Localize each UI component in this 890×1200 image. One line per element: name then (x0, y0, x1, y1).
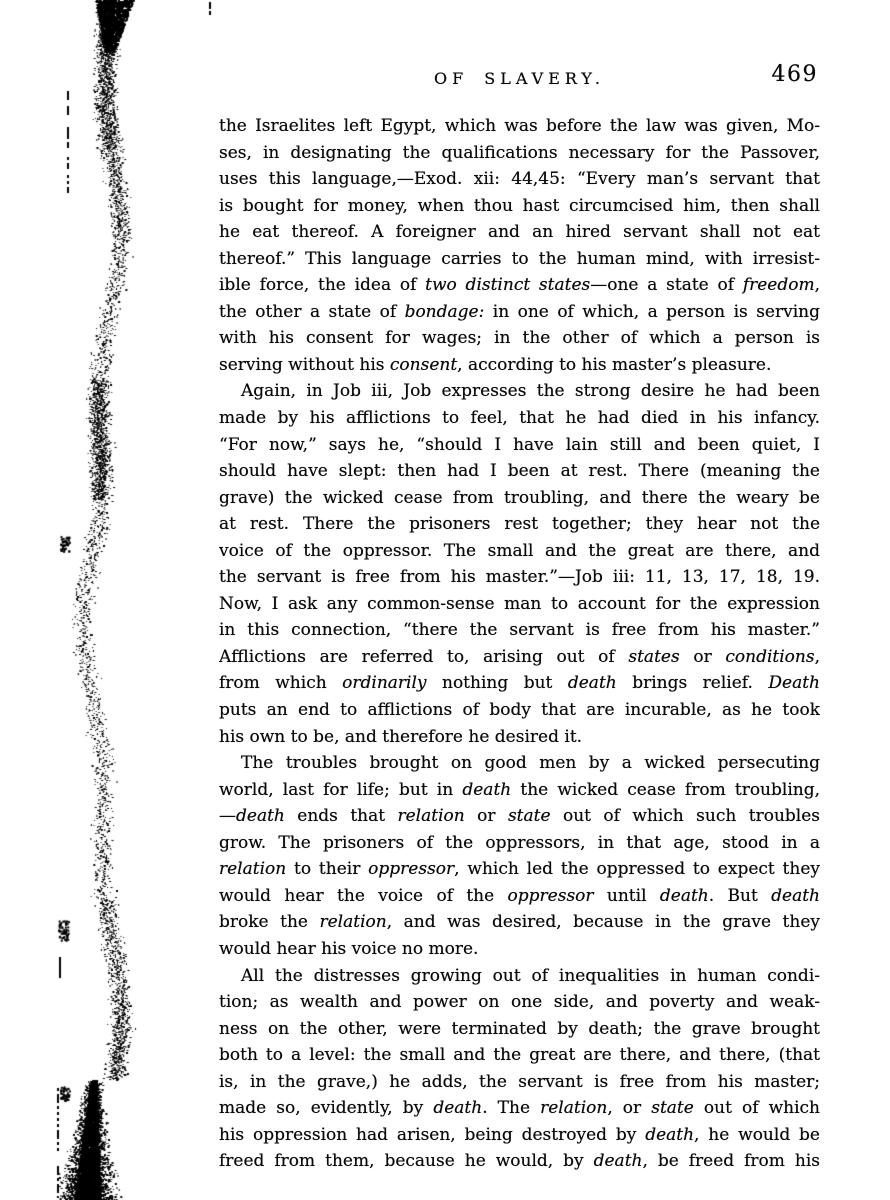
text-line: the other a state of bondage: in one of … (219, 299, 820, 326)
text-line: puts an end to afflictions of body that … (219, 697, 820, 724)
page-number: 469 (772, 62, 819, 87)
text-line: at rest. There the prisoners rest togeth… (219, 511, 820, 538)
text-line: Now, I ask any common-sense man to accou… (219, 591, 820, 618)
text-line: his oppression had arisen, being destroy… (219, 1122, 820, 1149)
text-line: his own to be, and therefore he desired … (219, 724, 820, 751)
text-line: ses, in designating the qualifications n… (219, 140, 820, 167)
text-line: thereof.” This language carries to the h… (219, 246, 820, 273)
text-line: the Israelites left Egypt, which was bef… (219, 113, 820, 140)
text-line: is bought for money, when thou hast circ… (219, 193, 820, 220)
page-content: OF SLAVERY. 469 the Israelites left Egyp… (219, 60, 820, 1175)
text-line: world, last for life; but in death the w… (219, 777, 820, 804)
page-header: OF SLAVERY. 469 (219, 60, 820, 113)
text-line: tion; as wealth and power on one side, a… (219, 989, 820, 1016)
text-line: ness on the other, were terminated by de… (219, 1016, 820, 1043)
text-line: Again, in Job iii, Job expresses the str… (219, 378, 820, 405)
text-line: would hear the voice of the oppressor un… (219, 883, 820, 910)
text-line: made so, evidently, by death. The relati… (219, 1095, 820, 1122)
text-line: relation to their oppressor, which led t… (219, 856, 820, 883)
text-line: is, in the grave,) he adds, the servant … (219, 1069, 820, 1096)
text-line: All the distresses growing out of inequa… (219, 963, 820, 990)
text-line: grave) the wicked cease from troubling, … (219, 485, 820, 512)
text-line: with his consent for wages; in the other… (219, 325, 820, 352)
text-line: freed from them, because he would, by de… (219, 1148, 820, 1175)
text-line: The troubles brought on good men by a wi… (219, 750, 820, 777)
text-line: should have slept: then had I been at re… (219, 458, 820, 485)
text-line: “For now,” says he, “should I have lain … (219, 432, 820, 459)
running-title: OF SLAVERY. (219, 60, 820, 88)
text-line: —death ends that relation or state out o… (219, 803, 820, 830)
text-line: grow. The prisoners of the oppressors, i… (219, 830, 820, 857)
text-line: uses this language,—Exod. xii: 44,45: “E… (219, 166, 820, 193)
text-line: he eat thereof. A foreigner and an hired… (219, 219, 820, 246)
text-line: voice of the oppressor. The small and th… (219, 538, 820, 565)
text-line: in this connection, “there the servant i… (219, 617, 820, 644)
text-line: Afflictions are referred to, arising out… (219, 644, 820, 671)
text-line: made by his afflictions to feel, that he… (219, 405, 820, 432)
text-line: serving without his consent, according t… (219, 352, 820, 379)
text-line: from which ordinarily nothing but death … (219, 670, 820, 697)
text-line: both to a level: the small and the great… (219, 1042, 820, 1069)
scanned-book-page: OF SLAVERY. 469 the Israelites left Egyp… (0, 0, 890, 1200)
text-line: broke the relation, and was desired, bec… (219, 909, 820, 936)
text-line: ible force, the idea of two distinct sta… (219, 272, 820, 299)
text-line: the servant is free from his master.”—Jo… (219, 564, 820, 591)
text-line: would hear his voice no more. (219, 936, 820, 963)
page-body: the Israelites left Egypt, which was bef… (219, 113, 820, 1175)
